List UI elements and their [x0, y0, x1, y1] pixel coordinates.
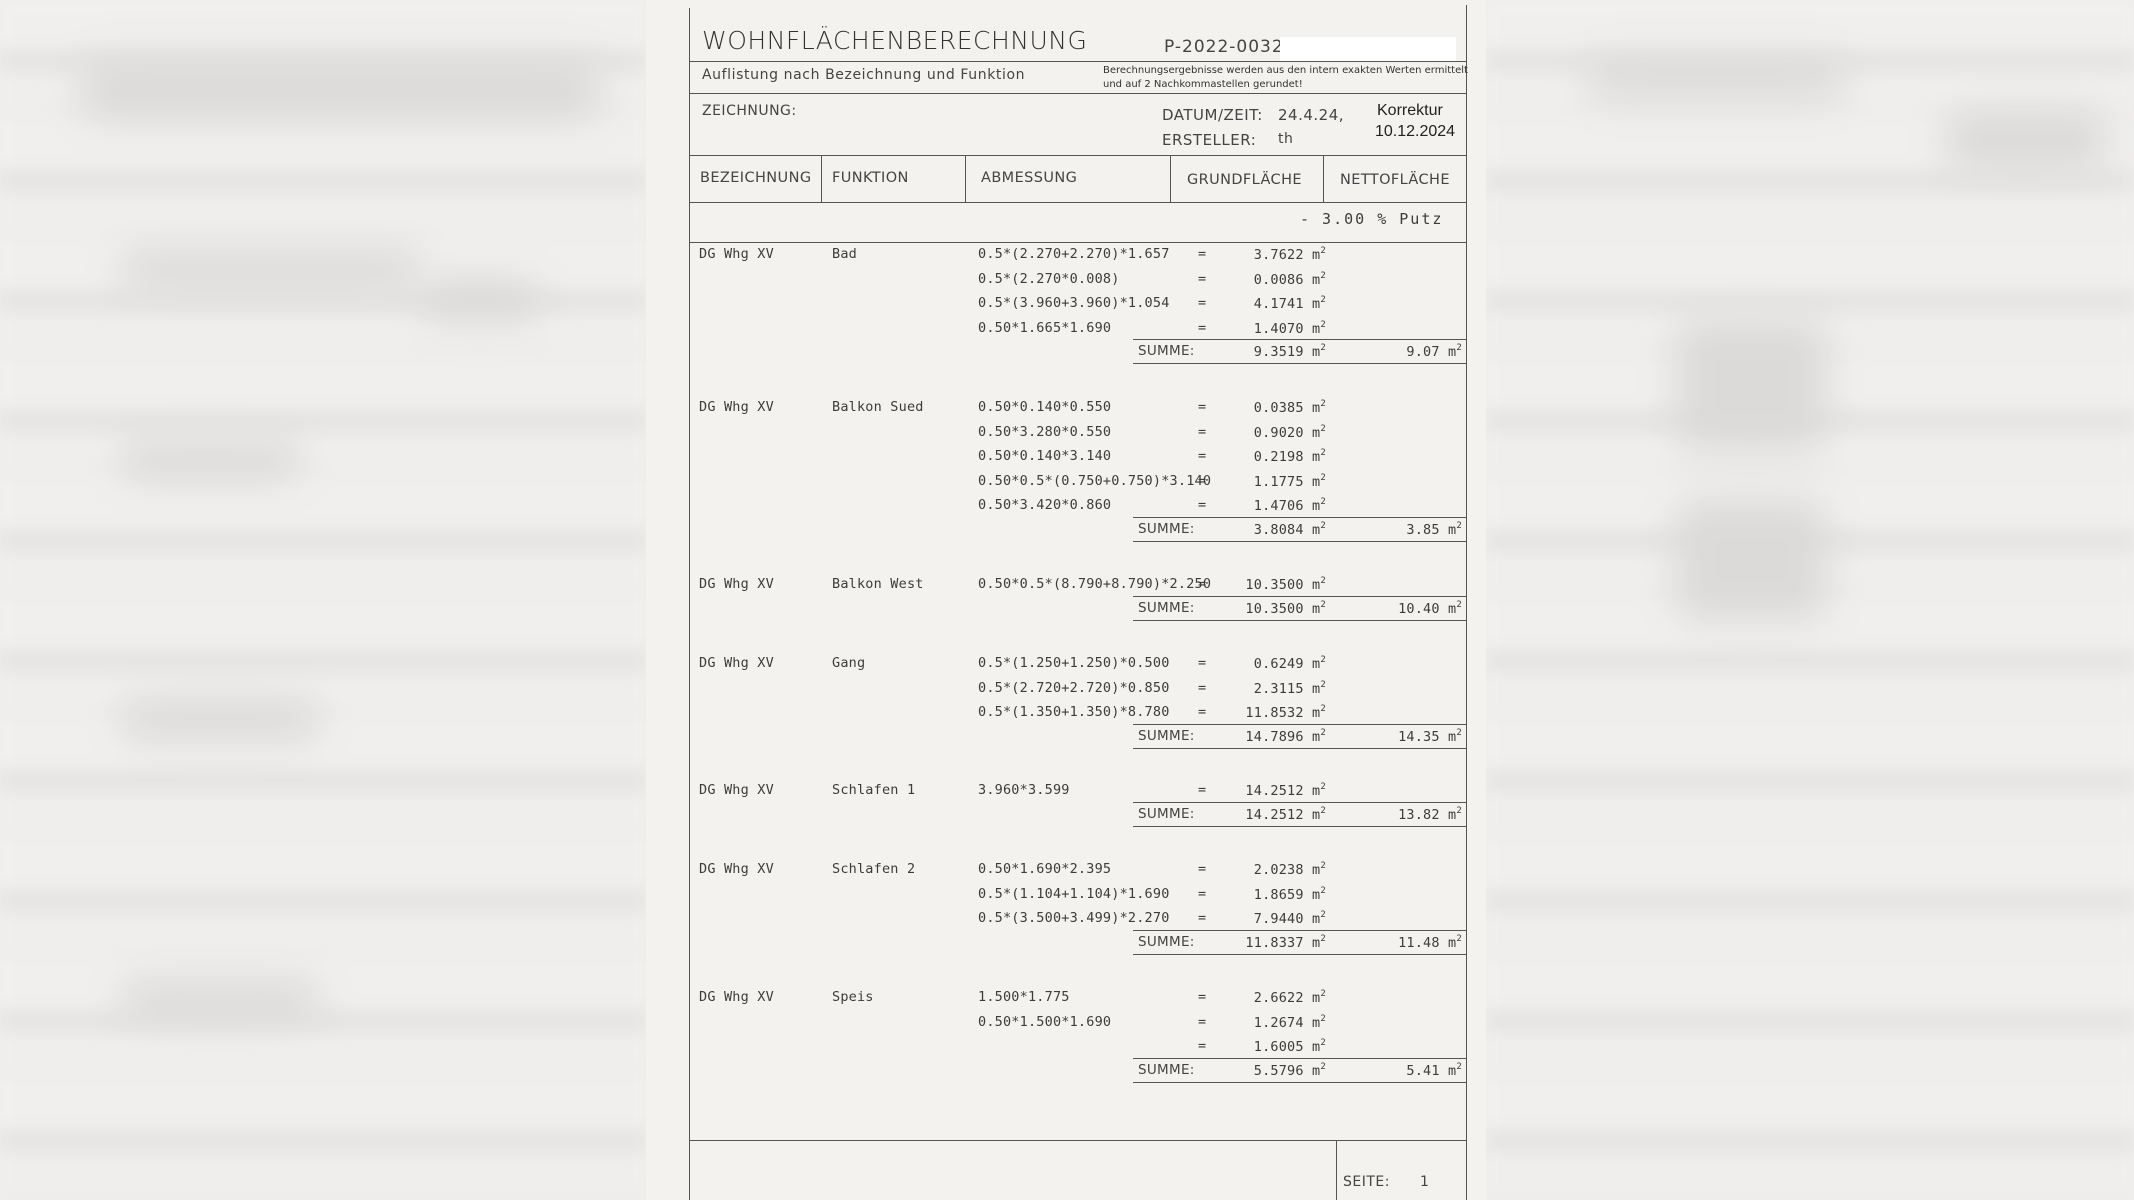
dimension-formula: 0.5*(3.960+3.960)*1.054 [978, 295, 1170, 311]
sum-divider-bottom [1133, 363, 1467, 364]
sum-net-area: 5.41 m2 [1406, 1062, 1462, 1079]
room-designation: DG Whg XV [699, 655, 774, 671]
gross-area-value: 2.0238 m2 [1254, 861, 1326, 878]
dimension-formula: 0.50*0.140*3.140 [978, 448, 1111, 464]
document-title: WOHNFLÄCHENBERECHNUNG [702, 26, 1087, 55]
correction-date: 10.12.2024 [1375, 121, 1455, 142]
sum-net-area: 10.40 m2 [1398, 600, 1462, 617]
sum-net-area: 3.85 m2 [1406, 521, 1462, 538]
gross-area-value: 3.7622 m2 [1254, 246, 1326, 263]
page-label: SEITE: [1343, 1174, 1390, 1190]
dimension-formula: 0.5*(2.270*0.008) [978, 271, 1120, 287]
equals-sign: = [1198, 680, 1206, 696]
gross-area-value: 0.0385 m2 [1254, 399, 1326, 416]
sum-gross-area: 14.7896 m2 [1245, 728, 1326, 745]
equals-sign: = [1198, 989, 1206, 1005]
gross-area-value: 2.6622 m2 [1254, 989, 1326, 1006]
sum-net-area: 14.35 m2 [1398, 728, 1462, 745]
room-function: Schlafen 2 [832, 861, 915, 877]
sum-label: SUMME: [1138, 343, 1195, 359]
date-value: 24.4.24, [1278, 106, 1344, 124]
gross-area-value: 2.3115 m2 [1254, 680, 1326, 697]
col-header-net-area: NETTOFLÄCHE [1340, 172, 1450, 188]
equals-sign: = [1198, 886, 1206, 902]
document-subtitle: Auflistung nach Bezeichnung und Funktion [702, 67, 1025, 83]
equals-sign: = [1198, 399, 1206, 415]
right-border [1466, 5, 1467, 1200]
sum-divider-bottom [1133, 620, 1467, 621]
author-label: ERSTELLER: [1162, 131, 1256, 149]
sum-label: SUMME: [1138, 1062, 1195, 1078]
page-number: 1 [1420, 1174, 1429, 1190]
sum-divider-bottom [1133, 748, 1467, 749]
room-function: Schlafen 1 [832, 782, 915, 798]
col-header-designation: BEZEICHNUNG [700, 170, 811, 186]
dimension-formula: 0.50*1.665*1.690 [978, 320, 1111, 336]
blurred-background-right [1486, 0, 2134, 1200]
divider [689, 242, 1467, 243]
sum-divider-top [1133, 517, 1467, 518]
gross-area-value: 1.2674 m2 [1254, 1014, 1326, 1031]
dimension-formula: 1.500*1.775 [978, 989, 1070, 1005]
sum-label: SUMME: [1138, 521, 1195, 537]
dimension-formula: 0.50*0.5*(8.790+8.790)*2.250 [978, 576, 1211, 592]
dimension-formula: 0.50*3.280*0.550 [978, 424, 1111, 440]
sum-divider-top [1133, 339, 1467, 340]
dimension-formula: 0.5*(2.720+2.720)*0.850 [978, 680, 1170, 696]
date-label: DATUM/ZEIT: [1162, 106, 1263, 124]
sum-divider-top [1133, 930, 1467, 931]
gross-area-value: 1.6005 m2 [1254, 1038, 1326, 1055]
room-designation: DG Whg XV [699, 576, 774, 592]
left-border [689, 8, 690, 1200]
equals-sign: = [1198, 1038, 1206, 1054]
dimension-formula: 0.5*(3.500+3.499)*2.270 [978, 910, 1170, 926]
equals-sign: = [1198, 655, 1206, 671]
gross-area-value: 11.8532 m2 [1245, 704, 1326, 721]
redaction-box [1280, 37, 1456, 61]
equals-sign: = [1198, 246, 1206, 262]
dimension-formula: 0.50*3.420*0.860 [978, 497, 1111, 513]
room-designation: DG Whg XV [699, 399, 774, 415]
sum-label: SUMME: [1138, 600, 1195, 616]
gross-area-value: 0.0086 m2 [1254, 271, 1326, 288]
sum-gross-area: 3.8084 m2 [1254, 521, 1326, 538]
sum-gross-area: 10.3500 m2 [1245, 600, 1326, 617]
gross-area-value: 1.8659 m2 [1254, 886, 1326, 903]
rounding-note-line1: Berechnungsergebnisse werden aus den int… [1103, 64, 1468, 78]
room-function: Speis [832, 989, 874, 1005]
sum-divider-top [1133, 1058, 1467, 1059]
sum-divider-bottom [1133, 541, 1467, 542]
col-header-gross-area: GRUNDFLÄCHE [1187, 172, 1302, 188]
sum-net-area: 11.48 m2 [1398, 934, 1462, 951]
equals-sign: = [1198, 910, 1206, 926]
gross-area-value: 0.9020 m2 [1254, 424, 1326, 441]
equals-sign: = [1198, 704, 1206, 720]
dimension-formula: 0.5*(2.270+2.270)*1.657 [978, 246, 1170, 262]
equals-sign: = [1198, 448, 1206, 464]
col-divider [965, 155, 966, 202]
equals-sign: = [1198, 424, 1206, 440]
dimension-formula: 0.50*1.500*1.690 [978, 1014, 1111, 1030]
sum-label: SUMME: [1138, 806, 1195, 822]
equals-sign: = [1198, 295, 1206, 311]
sum-gross-area: 9.3519 m2 [1254, 343, 1326, 360]
equals-sign: = [1198, 861, 1206, 877]
gross-area-value: 1.4706 m2 [1254, 497, 1326, 514]
sum-net-area: 13.82 m2 [1398, 806, 1462, 823]
col-divider [821, 155, 822, 202]
sum-divider-bottom [1133, 954, 1467, 955]
dimension-formula: 0.5*(1.104+1.104)*1.690 [978, 886, 1170, 902]
equals-sign: = [1198, 271, 1206, 287]
divider [689, 155, 1467, 156]
sum-net-area: 9.07 m2 [1406, 343, 1462, 360]
equals-sign: = [1198, 473, 1206, 489]
gross-area-value: 1.1775 m2 [1254, 473, 1326, 490]
footer-divider [689, 1140, 1467, 1141]
dimension-formula: 0.50*1.690*2.395 [978, 861, 1111, 877]
dimension-formula: 0.5*(1.250+1.250)*0.500 [978, 655, 1170, 671]
gross-area-value: 14.2512 m2 [1245, 782, 1326, 799]
sum-divider-bottom [1133, 1082, 1467, 1083]
col-divider [1323, 155, 1324, 202]
gross-area-value: 10.3500 m2 [1245, 576, 1326, 593]
sum-divider-top [1133, 802, 1467, 803]
blurred-background-left [0, 0, 646, 1200]
sum-gross-area: 5.5796 m2 [1254, 1062, 1326, 1079]
col-header-dimension: ABMESSUNG [981, 170, 1077, 186]
rounding-note-line2: und auf 2 Nachkommastellen gerundet! [1103, 78, 1303, 92]
col-header-function: FUNKTION [832, 170, 909, 186]
sum-divider-top [1133, 724, 1467, 725]
room-function: Balkon Sued [832, 399, 924, 415]
sum-divider-top [1133, 596, 1467, 597]
gross-area-value: 7.9440 m2 [1254, 910, 1326, 927]
divider [689, 93, 1467, 94]
sum-divider-bottom [1133, 826, 1467, 827]
room-designation: DG Whg XV [699, 246, 774, 262]
sum-gross-area: 11.8337 m2 [1245, 934, 1326, 951]
gross-area-value: 0.2198 m2 [1254, 448, 1326, 465]
gross-area-value: 4.1741 m2 [1254, 295, 1326, 312]
plaster-deduction: - 3.00 % Putz [1300, 210, 1443, 228]
divider [689, 61, 1467, 62]
gross-area-value: 1.4070 m2 [1254, 320, 1326, 337]
dimension-formula: 0.5*(1.350+1.350)*8.780 [978, 704, 1170, 720]
gross-area-value: 0.6249 m2 [1254, 655, 1326, 672]
room-designation: DG Whg XV [699, 782, 774, 798]
divider [689, 202, 1467, 203]
drawing-label: ZEICHNUNG: [702, 103, 797, 119]
room-designation: DG Whg XV [699, 861, 774, 877]
room-function: Bad [832, 246, 857, 262]
footer-col-divider [1336, 1140, 1337, 1200]
project-number: P-2022-0032 [1164, 37, 1284, 57]
sum-label: SUMME: [1138, 728, 1195, 744]
dimension-formula: 3.960*3.599 [978, 782, 1070, 798]
dimension-formula: 0.50*0.140*0.550 [978, 399, 1111, 415]
sum-gross-area: 14.2512 m2 [1245, 806, 1326, 823]
sum-label: SUMME: [1138, 934, 1195, 950]
room-function: Balkon West [832, 576, 924, 592]
room-designation: DG Whg XV [699, 989, 774, 1005]
col-divider [1170, 155, 1171, 202]
equals-sign: = [1198, 576, 1206, 592]
calculation-sheet: WOHNFLÄCHENBERECHNUNG P-2022-0032 Auflis… [646, 0, 1486, 1200]
dimension-formula: 0.50*0.5*(0.750+0.750)*3.140 [978, 473, 1211, 489]
equals-sign: = [1198, 497, 1206, 513]
equals-sign: = [1198, 320, 1206, 336]
equals-sign: = [1198, 782, 1206, 798]
author-value: th [1278, 131, 1293, 147]
equals-sign: = [1198, 1014, 1206, 1030]
correction-label: Korrektur [1377, 100, 1443, 121]
room-function: Gang [832, 655, 865, 671]
